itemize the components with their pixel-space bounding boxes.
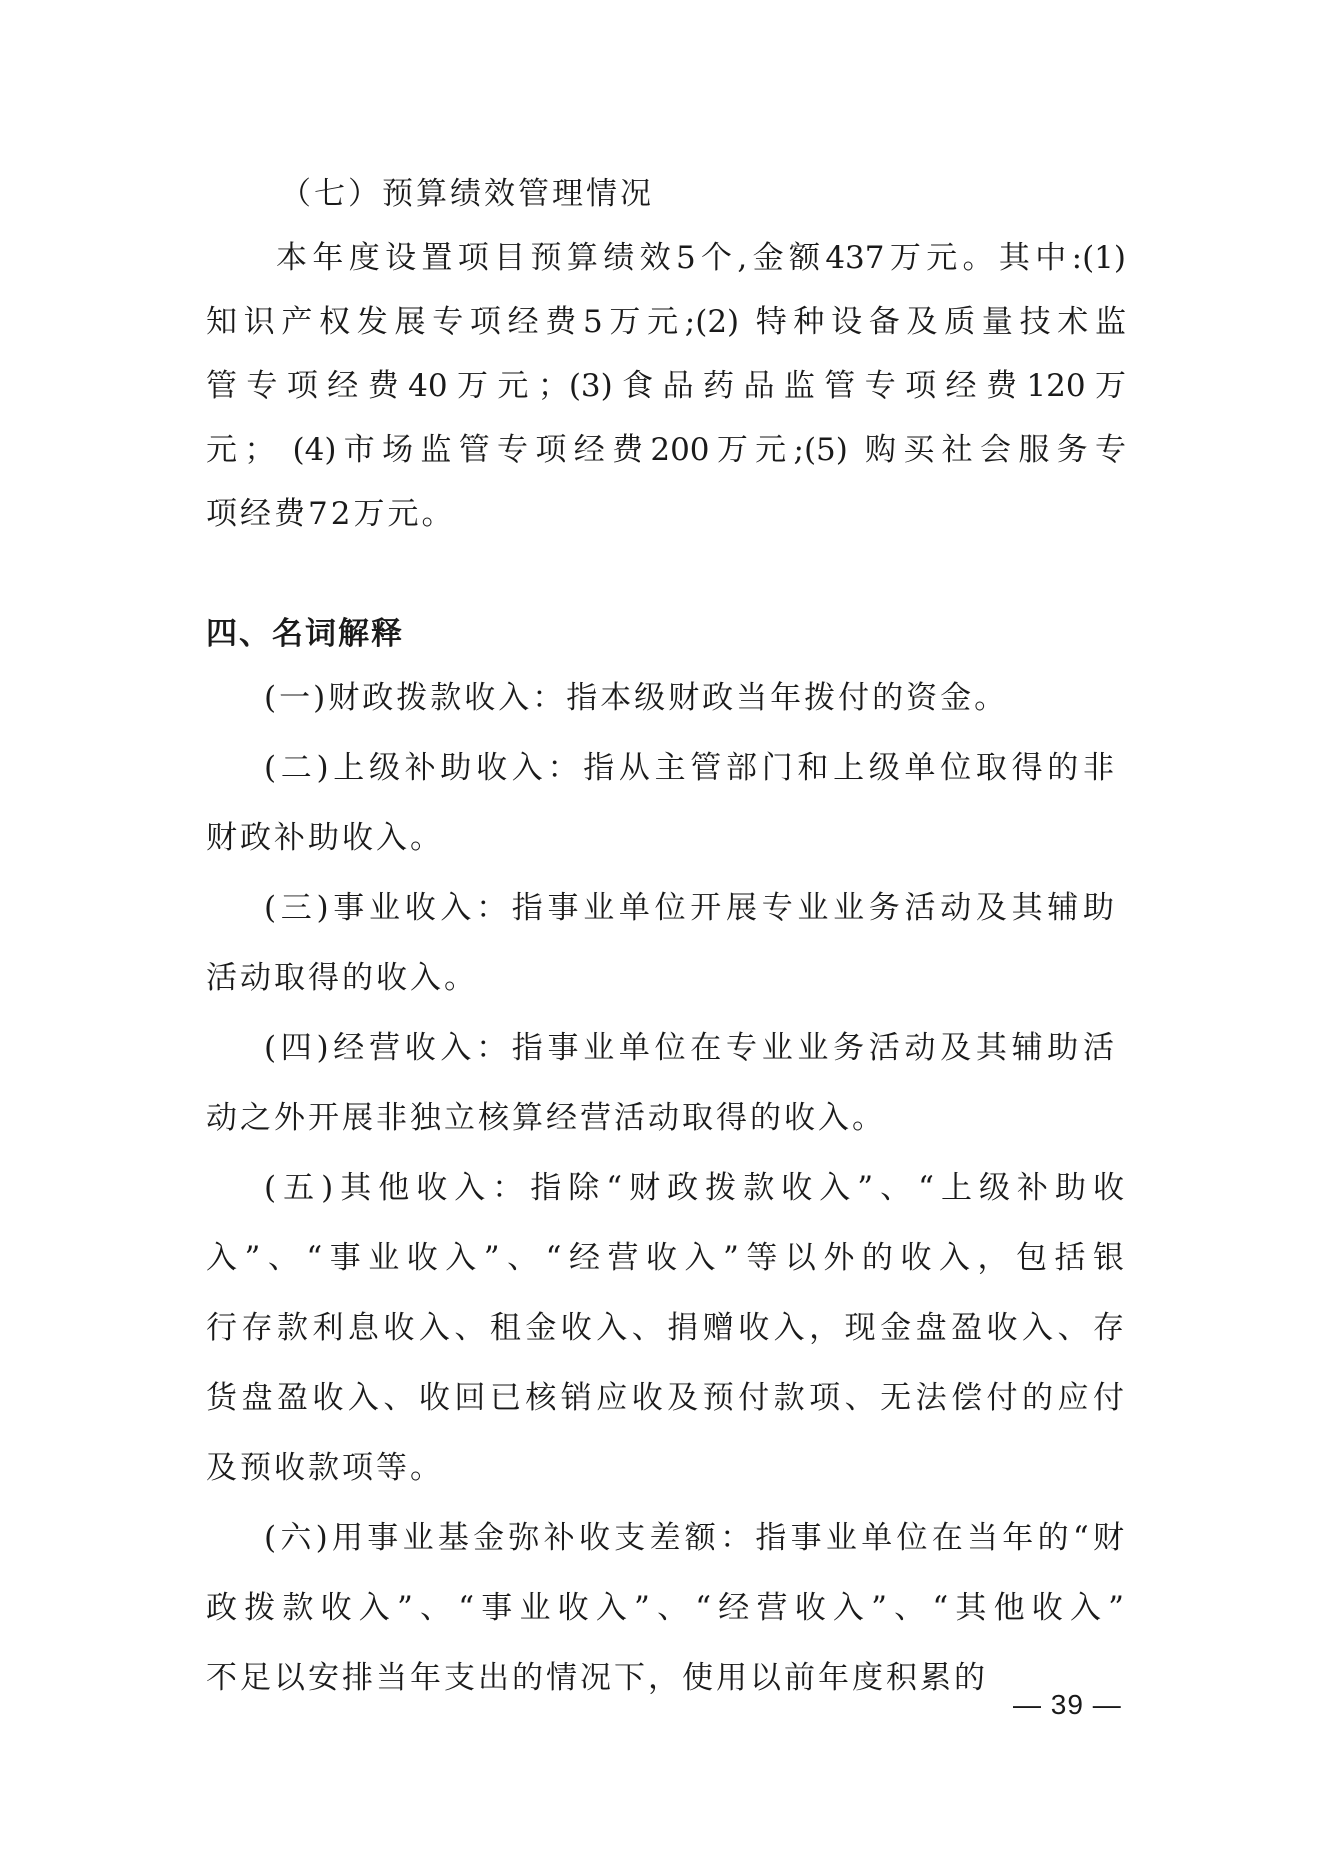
definition-line: (五)其他收入：指除“财政拨款收入”、“上级补助收	[264, 1168, 1124, 1208]
definition-line: 及预收款项等。	[206, 1448, 444, 1488]
definition-line: (三)事业收入：指事业单位开展专业业务活动及其辅助	[264, 888, 1114, 928]
definition-line: 行存款利息收入、租金收入、捐赠收入，现金盘盈收入、存	[206, 1308, 1124, 1348]
definition-line: 政拨款收入”、“事业收入”、“经营收入”、“其他收入”	[206, 1588, 1124, 1628]
definition-line: 财政补助收入。	[206, 818, 444, 858]
paragraph-line: 知识产权发展专项经费5万元;(2) 特种设备及质量技术监	[206, 302, 1126, 342]
definition-line: 活动取得的收入。	[206, 958, 478, 998]
definition-line: 不足以安排当年支出的情况下，使用以前年度积累的	[206, 1658, 988, 1698]
paragraph-line: 元； (4)市场监管专项经费200万元;(5) 购买社会服务专	[206, 430, 1126, 470]
document-page: （七）预算绩效管理情况 本年度设置项目预算绩效5个,金额437万元。其中:(1)…	[0, 0, 1323, 1871]
paragraph-line: 本年度设置项目预算绩效5个,金额437万元。其中:(1)	[276, 238, 1126, 278]
section-heading: 四、名词解释	[206, 614, 404, 654]
page-number: — 39 —	[1013, 1687, 1122, 1723]
paragraph-line: 管专项经费40万元；(3)食品药品监管专项经费120万	[206, 366, 1126, 406]
subsection-title: （七）预算绩效管理情况	[280, 174, 654, 214]
definition-line: 入”、“事业收入”、“经营收入”等以外的收入，包括银	[206, 1238, 1124, 1278]
definition-line: 货盘盈收入、收回已核销应收及预付款项、无法偿付的应付	[206, 1378, 1124, 1418]
definition-line: (二)上级补助收入：指从主管部门和上级单位取得的非	[264, 748, 1114, 788]
definition-line: (六)用事业基金弥补收支差额：指事业单位在当年的“财	[264, 1518, 1124, 1558]
definition-line: (四)经营收入：指事业单位在专业业务活动及其辅助活	[264, 1028, 1114, 1068]
definition-line: 动之外开展非独立核算经营活动取得的收入。	[206, 1098, 886, 1138]
definition-line: (一)财政拨款收入：指本级财政当年拨付的资金。	[264, 678, 1008, 718]
paragraph-line: 项经费72万元。	[206, 494, 455, 534]
